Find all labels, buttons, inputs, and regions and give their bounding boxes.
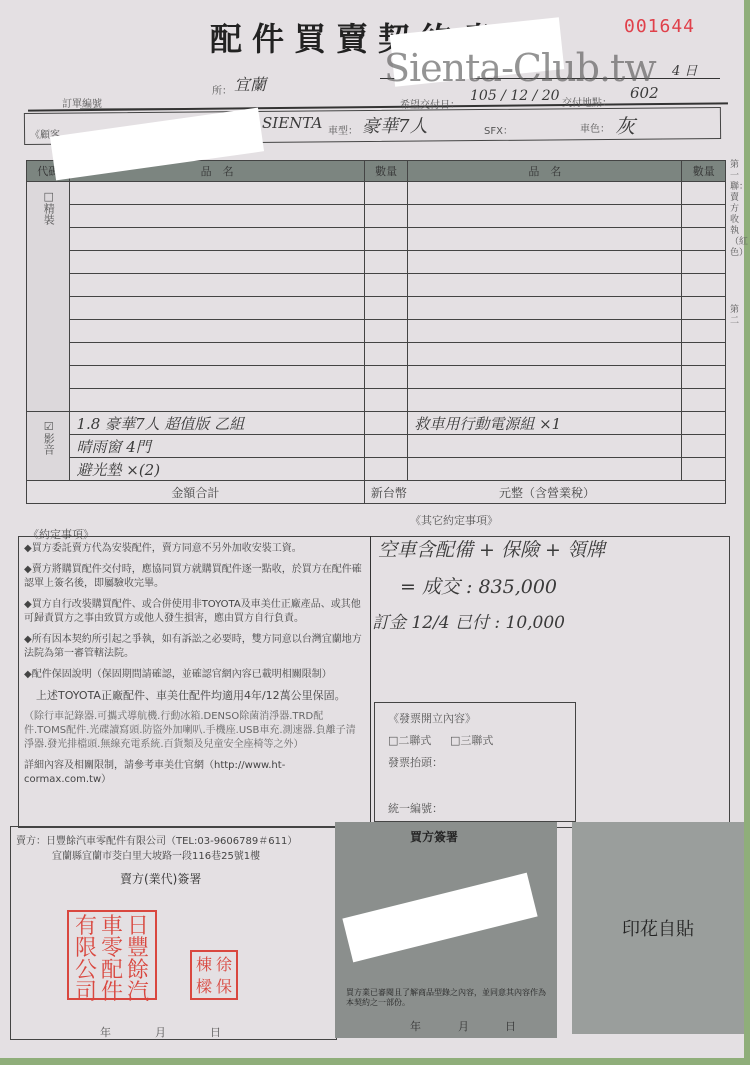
- company-seal-stamp: 有車日 限零豐 公配餘 司件汽: [67, 910, 157, 1000]
- car-type-label: 車型：: [328, 122, 358, 137]
- item-name-left[interactable]: [70, 274, 364, 297]
- copy-note: 第一聯：賣方收執（紅色）: [730, 160, 744, 259]
- invoice-title: 《發票開立內容》: [388, 710, 476, 726]
- table-row: [27, 274, 726, 297]
- item-qty-left[interactable]: [364, 435, 407, 458]
- item-name-left[interactable]: [70, 366, 364, 389]
- color-label: 車色：: [580, 120, 610, 135]
- buyer-sign-label: 買方簽署: [410, 828, 458, 845]
- table-row: 晴雨窗 4門: [27, 435, 726, 458]
- item-qty-right[interactable]: [682, 389, 726, 412]
- item-name-right[interactable]: [408, 389, 682, 412]
- item-name-right[interactable]: [408, 435, 682, 458]
- item-qty-left[interactable]: [364, 182, 407, 205]
- other-terms-title: 《其它約定事項》: [410, 512, 498, 528]
- contract-paper: 配件買賣契約書 001644 訂單編號 所： 宜蘭 4 日 希望交付日： 105…: [0, 0, 744, 1058]
- item-name-left[interactable]: [70, 389, 364, 412]
- item-name-left[interactable]: [70, 182, 364, 205]
- item-qty-right[interactable]: [682, 435, 726, 458]
- item-qty-right[interactable]: [682, 182, 726, 205]
- table-row: ☑影音 1.8 豪華7人 超值版 乙組 救車用行動電源組 ×1: [27, 412, 726, 435]
- item-qty-left[interactable]: [364, 297, 407, 320]
- seller-info: 賣方：日豐餘汽車零配件有限公司（TEL:03-9606789＃611） 宜蘭縣宜…: [16, 832, 336, 862]
- warranty-exclusions: （除行車記錄器.可攜式導航機.行動冰箱.DENSO除菌消淨器.TRD配件.TOM…: [24, 710, 364, 752]
- copy-note-2: 第二: [730, 305, 744, 327]
- item-qty-right[interactable]: [682, 366, 726, 389]
- item-name-right[interactable]: 救車用行動電源組 ×1: [408, 412, 682, 435]
- personal-seal-stamp: 棟徐 樑保: [190, 950, 238, 1000]
- office-value[interactable]: 宜蘭: [234, 72, 266, 95]
- table-row: 避光墊 ×(2): [27, 458, 726, 481]
- buyer-date-day: 日: [505, 1018, 516, 1034]
- total-amount-field[interactable]: 新台幣元整（含營業稅）: [364, 481, 725, 504]
- item-name-right[interactable]: [408, 343, 682, 366]
- header-qty-left: 數量: [364, 161, 407, 182]
- item-qty-right[interactable]: [682, 274, 726, 297]
- item-name-right[interactable]: [408, 366, 682, 389]
- item-qty-right[interactable]: [682, 343, 726, 366]
- seller-date-day: 日: [210, 1024, 221, 1040]
- header-qty-right: 數量: [682, 161, 726, 182]
- audio-checkbox[interactable]: ☑影音: [27, 412, 70, 481]
- item-name-left[interactable]: 避光墊 ×(2): [70, 458, 364, 481]
- item-name-right[interactable]: [408, 458, 682, 481]
- term-item: ◆賣方將購買配件交付時，應協同買方就購買配件逐一點收，於買方在配件確認單上簽名後…: [24, 563, 364, 591]
- other-terms-line[interactable]: 空車含配備 + 保險 + 領牌: [378, 535, 605, 562]
- office-label: 所：: [212, 82, 232, 97]
- seller-address: 宜蘭縣宜蘭市茭白里大坡路一段116巷25號1樓: [16, 847, 336, 862]
- item-qty-left[interactable]: [364, 412, 407, 435]
- watermark: Sienta-Club.tw: [384, 46, 656, 90]
- item-qty-left[interactable]: [364, 274, 407, 297]
- item-name-left[interactable]: [70, 205, 364, 228]
- install-checkbox[interactable]: □精裝: [27, 182, 70, 412]
- item-name-left[interactable]: [70, 297, 364, 320]
- seller-date-month: 月: [155, 1024, 166, 1040]
- term-item: ◆買方自行改裝購買配件、或合併使用非TOYOTA及車美仕正廠產品、或其他可歸責買…: [24, 598, 364, 626]
- item-name-left[interactable]: [70, 251, 364, 274]
- revenue-stamp-label: 印花自貼: [622, 915, 694, 941]
- table-row: □精裝: [27, 182, 726, 205]
- item-qty-left[interactable]: [364, 205, 407, 228]
- item-name-left[interactable]: 晴雨窗 4門: [70, 435, 364, 458]
- seller-sign-label: 賣方(業代)簽署: [120, 870, 201, 887]
- other-terms-line[interactable]: = 成交 : 835,000: [400, 572, 557, 599]
- item-qty-right[interactable]: [682, 228, 726, 251]
- terms-list: ◆買方委託賣方代為安裝配件，賣方同意不另外加收安裝工資。 ◆賣方將購買配件交付時…: [24, 542, 364, 794]
- table-row: [27, 366, 726, 389]
- table-row: [27, 205, 726, 228]
- item-name-right[interactable]: [408, 228, 682, 251]
- table-row: [27, 320, 726, 343]
- item-qty-right[interactable]: [682, 297, 726, 320]
- item-name-right[interactable]: [408, 297, 682, 320]
- item-name-right[interactable]: [408, 205, 682, 228]
- other-terms-line[interactable]: 訂金 12/4 已付 : 10,000: [372, 608, 565, 633]
- item-name-right[interactable]: [408, 251, 682, 274]
- header-name-right: 品 名: [408, 161, 682, 182]
- seller-company: 賣方：日豐餘汽車零配件有限公司（TEL:03-9606789＃611）: [16, 832, 336, 847]
- invoice-three-part-checkbox[interactable]: □三聯式: [450, 732, 493, 748]
- item-name-left[interactable]: [70, 343, 364, 366]
- terms-divider: [370, 536, 371, 826]
- contract-date-day[interactable]: 4 日: [672, 60, 697, 79]
- invoice-header-label: 發票抬頭：: [388, 754, 443, 770]
- term-item: ◆買方委託賣方代為安裝配件，賣方同意不另外加收安裝工資。: [24, 542, 364, 556]
- color-value[interactable]: 灰: [615, 110, 635, 139]
- total-label: 金額合計: [27, 481, 365, 504]
- invoice-tax-id-label: 統一編號：: [388, 800, 443, 816]
- table-row: [27, 251, 726, 274]
- item-name-right[interactable]: [408, 274, 682, 297]
- item-name-right[interactable]: [408, 182, 682, 205]
- warranty-text: 上述TOYOTA正廠配件、車美仕配件均適用4年/12萬公里保固。: [24, 689, 364, 703]
- table-row: [27, 389, 726, 412]
- item-name-right[interactable]: [408, 320, 682, 343]
- item-qty-left[interactable]: [364, 389, 407, 412]
- item-qty-left[interactable]: [364, 251, 407, 274]
- buyer-acknowledge: 買方業已審閱且了解商品型錄之內容，並同意其內容作為本契約之一部份。: [346, 988, 546, 1008]
- table-row: [27, 228, 726, 251]
- item-qty-right[interactable]: [682, 458, 726, 481]
- car-type-value[interactable]: 豪華7人: [362, 112, 427, 138]
- item-qty-right[interactable]: [682, 320, 726, 343]
- item-qty-left[interactable]: [364, 366, 407, 389]
- item-qty-right[interactable]: [682, 205, 726, 228]
- item-name-left[interactable]: [70, 228, 364, 251]
- item-qty-left[interactable]: [364, 343, 407, 366]
- table-row: [27, 297, 726, 320]
- item-qty-right[interactable]: [682, 412, 726, 435]
- buyer-date-month: 月: [458, 1018, 469, 1034]
- item-qty-right[interactable]: [682, 251, 726, 274]
- delivery-place-label: 交付地點：: [562, 94, 612, 109]
- total-row: 金額合計 新台幣元整（含營業稅）: [27, 481, 726, 504]
- serial-number: 001644: [624, 16, 695, 37]
- term-item: ◆所有因本契約所引起之爭執，如有訴訟之必要時，雙方同意以台灣宜蘭地方法院為第一審…: [24, 633, 364, 661]
- car-name-value[interactable]: SIENTA: [262, 114, 322, 132]
- sfx-label: SFX：: [484, 122, 513, 137]
- item-name-left[interactable]: 1.8 豪華7人 超值版 乙組: [70, 412, 364, 435]
- hope-delivery-value[interactable]: 105 / 12 / 20: [470, 88, 560, 104]
- item-qty-left[interactable]: [364, 458, 407, 481]
- invoice-two-part-checkbox[interactable]: □二聯式: [388, 732, 431, 748]
- seller-date-year: 年: [100, 1024, 111, 1040]
- buyer-date-year: 年: [410, 1018, 421, 1034]
- warranty-details: 詳細內容及相關限制，請參考車美仕官網（http://www.ht-cormax.…: [24, 759, 364, 787]
- items-table: 代碼 品 名 數量 品 名 數量 □精裝 ☑影音 1.8 豪華7人 超值版 乙組…: [26, 160, 726, 504]
- table-row: [27, 343, 726, 366]
- item-qty-left[interactable]: [364, 320, 407, 343]
- item-qty-left[interactable]: [364, 228, 407, 251]
- term-item: ◆配件保固說明（保固期間請確認，並確認官網內容已載明相關限制）: [24, 668, 364, 682]
- item-name-left[interactable]: [70, 320, 364, 343]
